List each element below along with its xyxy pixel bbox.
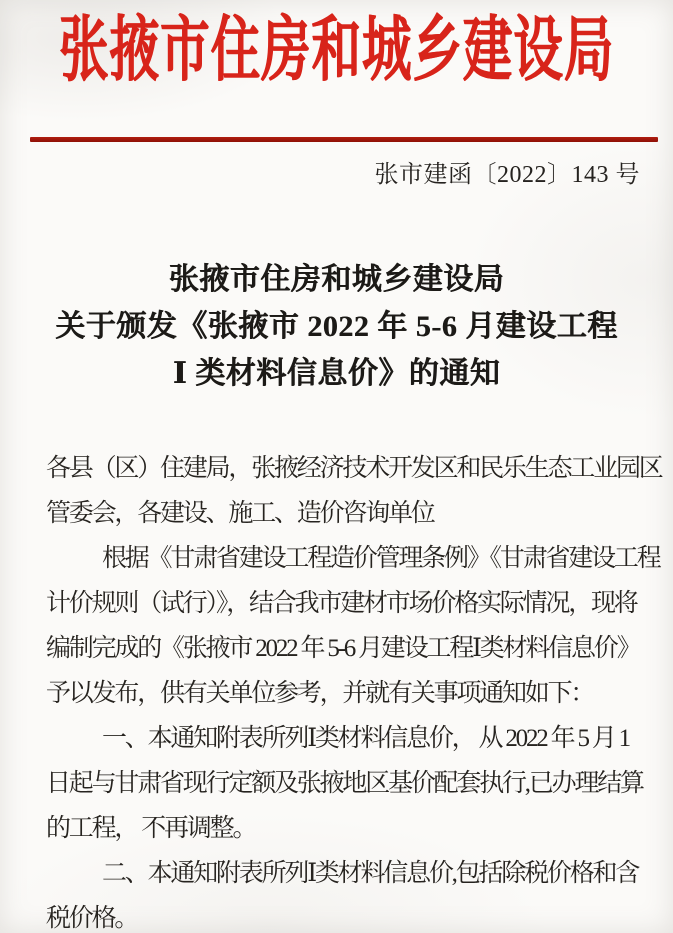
body-line-intro-3: 编制完成的《张掖市 2022 年 5-6 月建设工程Ⅰ类材料信息价》 (46, 626, 649, 671)
notice-body: 各县（区）住建局，张掖经济技术开发区和民乐生态工业园区 管委会，各建设、施工、造… (46, 446, 649, 933)
body-line-intro-2: 计价规则（试行）》，结合我市建材市场价格实际情况，现将 (46, 581, 649, 626)
notice-title-line-3: Ⅰ 类材料信息价》的通知 (0, 350, 673, 397)
scanned-official-document: 张掖市住房和城乡建设局 张市建函〔2022〕143 号 张掖市住房和城乡建设局 … (0, 0, 673, 933)
red-letterhead: 张掖市住房和城乡建设局 (0, 6, 673, 98)
body-line-item2-1: 二、本通知附表所列Ⅰ类材料信息价,包括除税价格和含 (46, 851, 649, 896)
body-line-item2-2: 税价格。 (46, 896, 649, 933)
body-line-recipients-2: 管委会，各建设、施工、造价咨询单位 (46, 491, 649, 536)
body-line-item1-3: 的工程， 不再调整。 (46, 806, 649, 851)
body-line-item1-1: 一、本通知附表所列Ⅰ类材料信息价， 从 2022 年 5 月 1 (46, 716, 649, 761)
notice-title-line-1: 张掖市住房和城乡建设局 (0, 256, 673, 303)
red-separator-line (30, 137, 658, 142)
body-line-recipients-1: 各县（区）住建局，张掖经济技术开发区和民乐生态工业园区 (46, 446, 649, 491)
body-line-intro-4: 予以发布，供有关单位参考，并就有关事项通知如下： (46, 671, 649, 716)
agency-name: 张掖市住房和城乡建设局 (59, 0, 614, 120)
notice-title: 张掖市住房和城乡建设局 关于颁发《张掖市 2022 年 5-6 月建设工程 Ⅰ … (0, 256, 673, 397)
document-reference-number: 张市建函〔2022〕143 号 (375, 154, 641, 189)
notice-title-line-2: 关于颁发《张掖市 2022 年 5-6 月建设工程 (0, 303, 673, 350)
body-line-item1-2: 日起与甘肃省现行定额及张掖地区基价配套执行,已办理结算 (46, 761, 649, 806)
body-line-intro-1: 根据《甘肃省建设工程造价管理条例》《甘肃省建设工程 (46, 536, 649, 581)
